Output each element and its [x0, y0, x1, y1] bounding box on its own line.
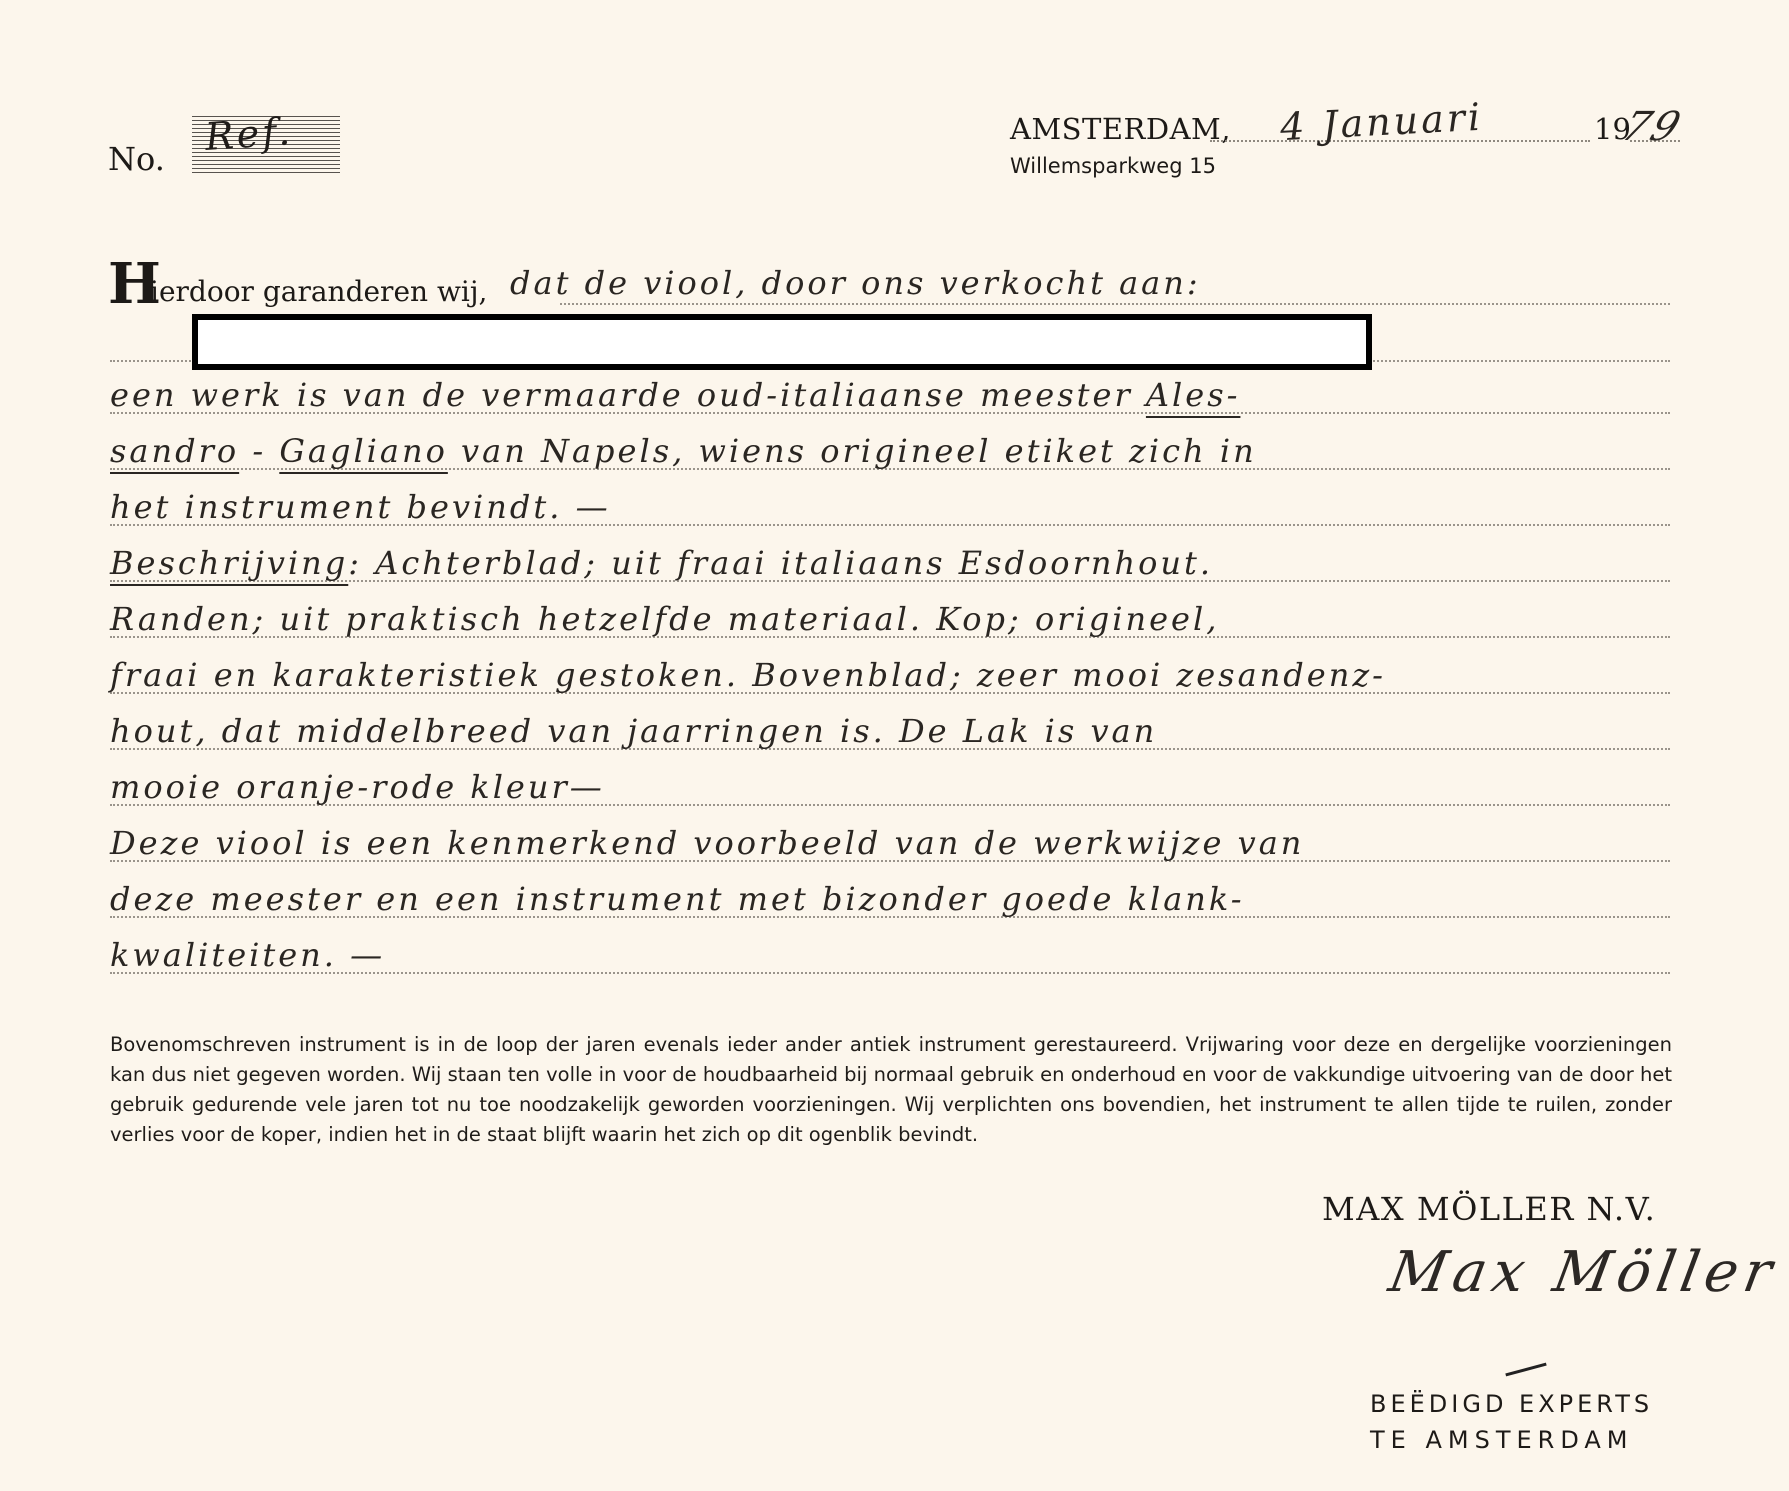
disclaimer-paragraph: Bovenomschreven instrument is in de loop… [110, 1030, 1672, 1150]
number-label: No. [108, 140, 165, 178]
body-line-text: : Achterblad; uit fraai italiaans Esdoor… [348, 544, 1213, 582]
body-line-4: Beschrijving: Achterblad; uit fraai ital… [110, 544, 1213, 582]
ruled-line [560, 303, 1670, 305]
maker-name-part: sandro [110, 432, 239, 470]
body-line-2: sandro - Gagliano van Napels, wiens orig… [110, 432, 1257, 470]
expert-title-line-1: BEËDIGD EXPERTS [1370, 1390, 1653, 1418]
maker-surname: Gagliano [279, 432, 448, 470]
body-line-6: fraai en karakteristiek gestoken. Bovenb… [110, 656, 1386, 694]
signature-dash [1505, 1363, 1546, 1377]
intro-printed-text: ierdoor garanderen wij, [150, 275, 487, 308]
year-handwritten: 79 [1616, 104, 1690, 150]
description-heading: Beschrijving [110, 544, 348, 582]
body-line-11: kwaliteiten. — [110, 936, 385, 974]
body-line-text: van Napels, wiens origineel etiket zich … [448, 432, 1257, 470]
body-line-text: een werk is van de vermaarde oud-italiaa… [110, 376, 1146, 414]
city-label: AMSTERDAM, [1010, 112, 1231, 146]
body-line-9: Deze viool is een kenmerkend voorbeeld v… [110, 824, 1304, 862]
redacted-buyer-name [192, 314, 1372, 370]
body-line-5: Randen; uit praktisch hetzelfde materiaa… [110, 600, 1219, 638]
company-name: MAX MÖLLER N.V. [1322, 1190, 1656, 1228]
body-line-1: een werk is van de vermaarde oud-italiaa… [110, 376, 1240, 414]
maker-name-part: Ales- [1146, 376, 1241, 414]
signature: Max Möller [1384, 1240, 1782, 1305]
body-line-3: het instrument bevindt. — [110, 488, 611, 526]
body-line-8: mooie oranje-rode kleur— [110, 768, 605, 806]
expert-title-line-2: TE AMSTERDAM [1370, 1426, 1634, 1454]
street-address: Willemsparkweg 15 [1010, 154, 1216, 178]
body-line-10: deze meester en een instrument met bizon… [110, 880, 1245, 918]
reference-handwritten: Ref. [204, 109, 295, 159]
body-line-7: hout, dat middelbreed van jaarringen is.… [110, 712, 1157, 750]
intro-handwritten-text: dat de viool, door ons verkocht aan: [510, 264, 1201, 302]
